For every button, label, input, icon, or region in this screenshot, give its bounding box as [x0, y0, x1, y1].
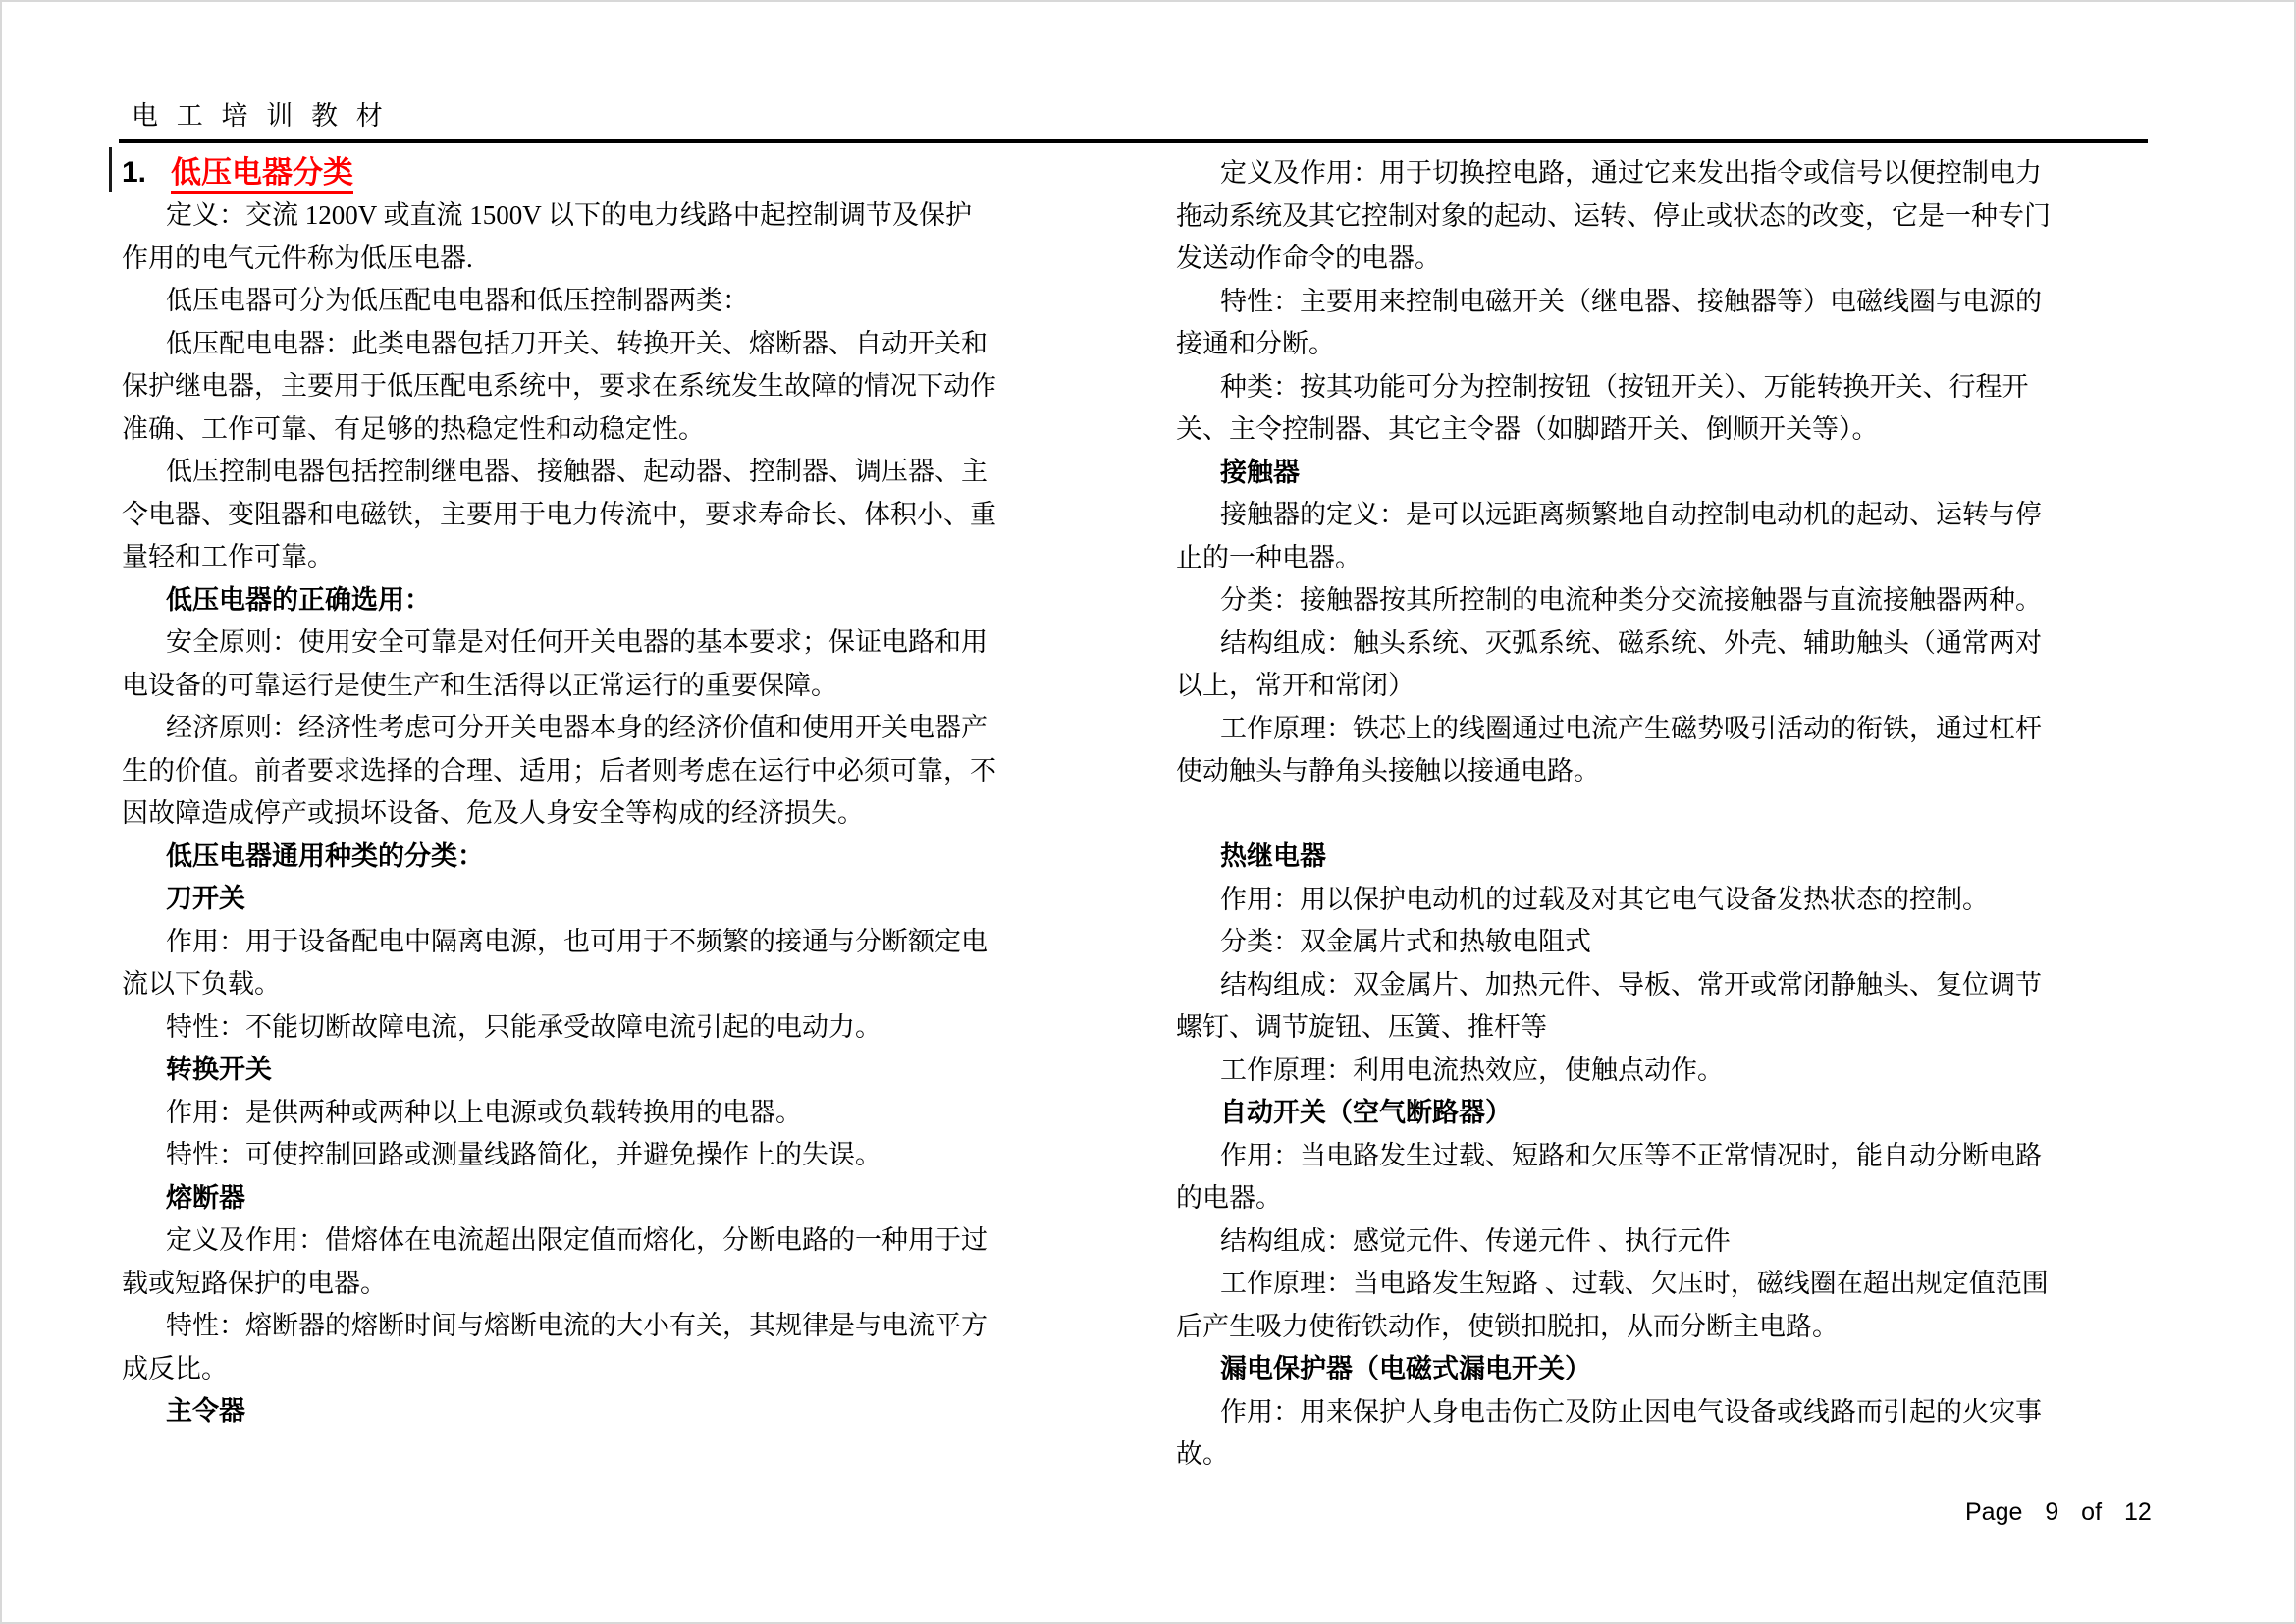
text-line: 特性：熔断器的熔断时间与熔断电流的大小有关，其规律是与电流平方	[122, 1305, 1172, 1348]
text-line: 止的一种电器。	[1176, 537, 2275, 580]
section-heading: 1.低压电器分类	[122, 156, 353, 194]
section-title: 低压电器分类	[171, 156, 353, 194]
text-line: 作用：当电路发生过载、短路和欠压等不正常情况时，能自动分断电路	[1176, 1135, 2275, 1178]
text-line: 的电器。	[1176, 1177, 2275, 1220]
text-line: 安全原则：使用安全可靠是对任何开关电器的基本要求；保证电路和用	[122, 622, 1172, 665]
text-line: 低压电器的正确选用：	[122, 579, 1172, 623]
text-line: 定义及作用：用于切换控电路，通过它来发出指令或信号以便控制电力	[1176, 152, 2275, 195]
text-line: 拖动系统及其它控制对象的起动、运转、停止或状态的改变，它是一种专门	[1176, 195, 2275, 239]
text-line: 定义及作用：借熔体在电流超出限定值而熔化，分断电路的一种用于过	[122, 1219, 1172, 1263]
page-number-footer: Page 9 of 12	[1965, 1498, 2152, 1527]
text-line: 主令器	[122, 1390, 1172, 1434]
text-line: 流以下负载。	[122, 963, 1172, 1006]
text-line: 刀开关	[122, 878, 1172, 921]
text-line: 后产生吸力使衔铁动作，使锁扣脱扣，从而分断主电路。	[1176, 1306, 2275, 1349]
text-line: 低压配电电器：此类电器包括刀开关、转换开关、熔断器、自动开关和	[122, 323, 1172, 366]
text-line: 低压电器可分为低压配电电器和低压控制器两类：	[122, 280, 1172, 323]
revision-change-bar	[109, 147, 112, 192]
right-column: 定义及作用：用于切换控电路，通过它来发出指令或信号以便控制电力拖动系统及其它控制…	[1176, 152, 2275, 1477]
text-line: 转换开关	[122, 1049, 1172, 1092]
text-line: 分类：双金属片式和热敏电阻式	[1176, 921, 2275, 964]
text-line: 作用：用于设备配电中隔离电源，也可用于不频繁的接通与分断额定电	[122, 921, 1172, 964]
text-line: 因故障造成停产或损坏设备、危及人身安全等构成的经济损失。	[122, 792, 1172, 836]
text-line: 作用：用以保护电动机的过载及对其它电气设备发热状态的控制。	[1176, 879, 2275, 922]
text-line: 作用：用来保护人身电击伤亡及防止因电气设备或线路而引起的火灾事	[1176, 1391, 2275, 1435]
page-header-title: 电 工 培 训 教 材	[132, 94, 389, 133]
text-line: 工作原理：铁芯上的线圈通过电流产生磁势吸引活动的衔铁，通过杠杆	[1176, 708, 2275, 751]
text-line: 使动触头与静角头接触以接通电路。	[1176, 750, 2275, 793]
text-line: 成反比。	[122, 1348, 1172, 1391]
text-line: 工作原理：利用电流热效应，使触点动作。	[1176, 1050, 2275, 1093]
text-line: 结构组成：双金属片、加热元件、导板、常开或常闭静触头、复位调节	[1176, 964, 2275, 1007]
text-line: 故。	[1176, 1434, 2275, 1477]
text-line: 工作原理：当电路发生短路 、过载、欠压时，磁线圈在超出规定值范围	[1176, 1263, 2275, 1306]
section-number: 1.	[122, 156, 146, 189]
text-line: 接通和分断。	[1176, 323, 2275, 366]
text-line: 熔断器	[122, 1177, 1172, 1220]
text-line: 以上，常开和常闭）	[1176, 665, 2275, 708]
text-line: 结构组成：感觉元件、传递元件 、执行元件	[1176, 1220, 2275, 1264]
text-line: 准确、工作可靠、有足够的热稳定性和动稳定性。	[122, 408, 1172, 452]
text-line: 特性：可使控制回路或测量线路简化，并避免操作上的失误。	[122, 1134, 1172, 1177]
text-line: 分类：接触器按其所控制的电流种类分交流接触器与直流接触器两种。	[1176, 579, 2275, 623]
text-line: 发送动作命令的电器。	[1176, 238, 2275, 281]
text-line: 接触器的定义：是可以远距离频繁地自动控制电动机的起动、运转与停	[1176, 494, 2275, 537]
text-line: 保护继电器，主要用于低压配电系统中，要求在系统发生故障的情况下动作	[122, 365, 1172, 408]
text-line: 低压电器通用种类的分类：	[122, 836, 1172, 879]
text-line: 作用的电气元件称为低压电器.	[122, 238, 1172, 281]
text-line: 特性：主要用来控制电磁开关（继电器、接触器等）电磁线圈与电源的	[1176, 281, 2275, 324]
text-line: 电设备的可靠运行是使生产和生活得以正常运行的重要保障。	[122, 665, 1172, 708]
text-line: 载或短路保护的电器。	[122, 1263, 1172, 1306]
text-line: 种类：按其功能可分为控制按钮（按钮开关）、万能转换开关、行程开	[1176, 366, 2275, 409]
text-line: 定义：交流 1200V 或直流 1500V 以下的电力线路中起控制调节及保护	[122, 194, 1172, 238]
document-page: 电 工 培 训 教 材 1.低压电器分类 定义：交流 1200V 或直流 150…	[0, 0, 2296, 1624]
text-line: 漏电保护器（电磁式漏电开关）	[1176, 1348, 2275, 1391]
text-line: 生的价值。前者要求选择的合理、适用；后者则考虑在运行中必须可靠，不	[122, 750, 1172, 793]
text-line: 经济原则：经济性考虑可分开关电器本身的经济价值和使用开关电器产	[122, 707, 1172, 750]
text-line: 作用：是供两种或两种以上电源或负载转换用的电器。	[122, 1092, 1172, 1135]
text-line	[1176, 793, 2275, 837]
text-line: 量轻和工作可靠。	[122, 536, 1172, 579]
text-line: 接触器	[1176, 452, 2275, 495]
text-line: 自动开关（空气断路器）	[1176, 1092, 2275, 1135]
header-rule	[119, 139, 2148, 143]
text-line: 关、主令控制器、其它主令器（如脚踏开关、倒顺开关等）。	[1176, 408, 2275, 452]
left-column: 定义：交流 1200V 或直流 1500V 以下的电力线路中起控制调节及保护作用…	[122, 194, 1172, 1434]
text-line: 结构组成：触头系统、灭弧系统、磁系统、外壳、辅助触头（通常两对	[1176, 623, 2275, 666]
text-line: 低压控制电器包括控制继电器、接触器、起动器、控制器、调压器、主	[122, 451, 1172, 494]
text-line: 特性：不能切断故障电流，只能承受故障电流引起的电动力。	[122, 1006, 1172, 1050]
text-line: 令电器、变阻器和电磁铁，主要用于电力传流中，要求寿命长、体积小、重	[122, 494, 1172, 537]
text-line: 螺钉、调节旋钮、压簧、推杆等	[1176, 1006, 2275, 1050]
text-line: 热继电器	[1176, 836, 2275, 879]
